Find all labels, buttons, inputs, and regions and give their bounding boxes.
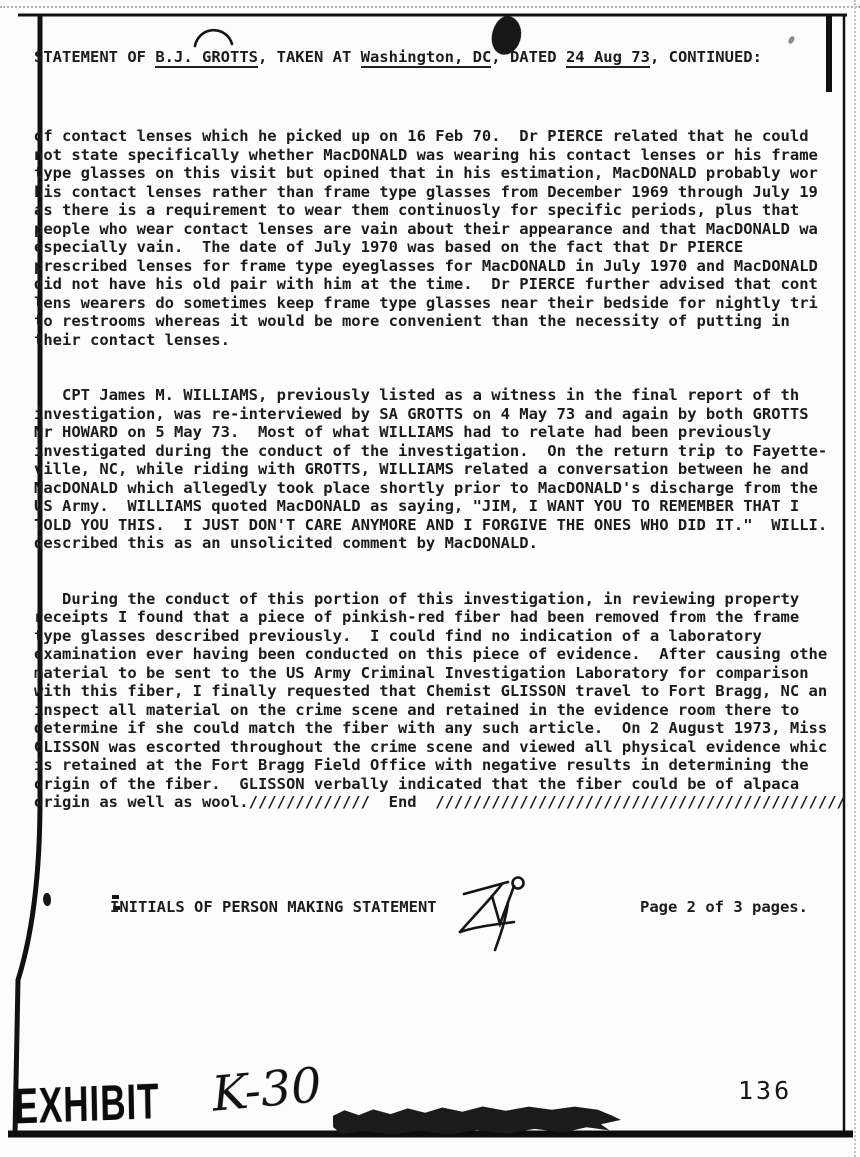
handwritten-initials-signature <box>448 872 538 956</box>
footer-row: INITIALS OF PERSON MAKING STATEMENT Page… <box>0 896 860 956</box>
header-suffix: , CONTINUED: <box>650 48 762 66</box>
header-prefix: STATEMENT OF <box>34 48 155 66</box>
statement-location: Washington, DC <box>361 48 492 68</box>
initials-label: INITIALS OF PERSON MAKING STATEMENT <box>110 898 437 916</box>
statement-body: of contact lenses which he picked up on … <box>34 90 846 849</box>
handwritten-arc-mark <box>192 22 236 48</box>
ink-speck <box>787 35 796 44</box>
statement-date: 24 Aug 73 <box>566 48 650 68</box>
header-middle: , TAKEN AT <box>258 48 361 66</box>
paragraph-fiber-investigation: During the conduct of this portion of th… <box>34 590 846 812</box>
statement-header: STATEMENT OF B.J. GROTTS, TAKEN AT Washi… <box>34 48 762 66</box>
header-dated-label: , DATED <box>491 48 566 66</box>
exhibit-stamp-label: EXHIBIT <box>14 1075 160 1137</box>
scan-edge-dotted-line <box>0 6 860 8</box>
page-count: Page 2 of 3 pages. <box>640 898 808 916</box>
scan-edge-dotted-line-right <box>854 0 856 1157</box>
paragraph-williams-interview: CPT James M. WILLIAMS, previously listed… <box>34 386 846 553</box>
statement-person-name: B.J. GROTTS <box>155 48 258 68</box>
paragraph-contact-lenses: of contact lenses which he picked up on … <box>34 127 846 349</box>
redaction-smear <box>333 1104 621 1135</box>
scanned-document-page: STATEMENT OF B.J. GROTTS, TAKEN AT Washi… <box>0 0 860 1157</box>
exhibit-number-handwritten: K-30 <box>210 1057 324 1122</box>
page-number: 136 <box>738 1076 792 1105</box>
